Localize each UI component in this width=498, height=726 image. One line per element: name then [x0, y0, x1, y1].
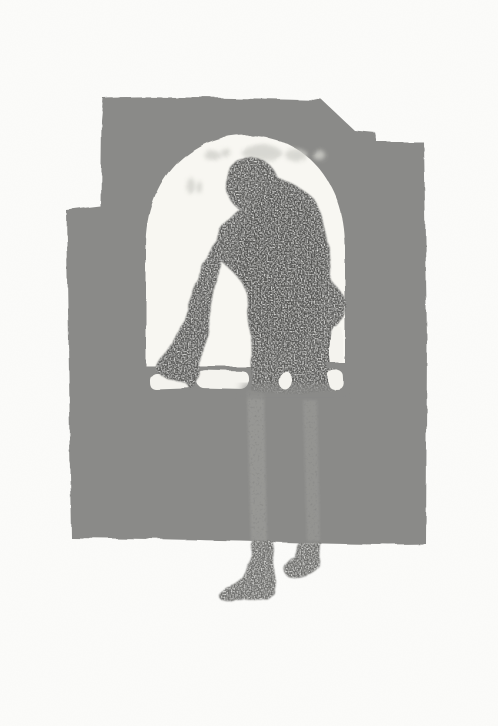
- sliver-separator: [327, 363, 346, 369]
- artwork-canvas: [0, 0, 498, 726]
- ghost-mark: [196, 181, 202, 193]
- ghost-mark: [186, 177, 194, 193]
- ghost-mark: [220, 148, 230, 156]
- sill-stone-right: [197, 370, 249, 390]
- window-sliver: [330, 326, 343, 365]
- sill-gap-right: [328, 370, 344, 390]
- print-illustration: [0, 0, 498, 726]
- figure-base-fade: [242, 384, 344, 398]
- ghost-mark: [285, 149, 307, 161]
- ghost-mark: [314, 151, 326, 161]
- ghost-mark: [204, 150, 220, 160]
